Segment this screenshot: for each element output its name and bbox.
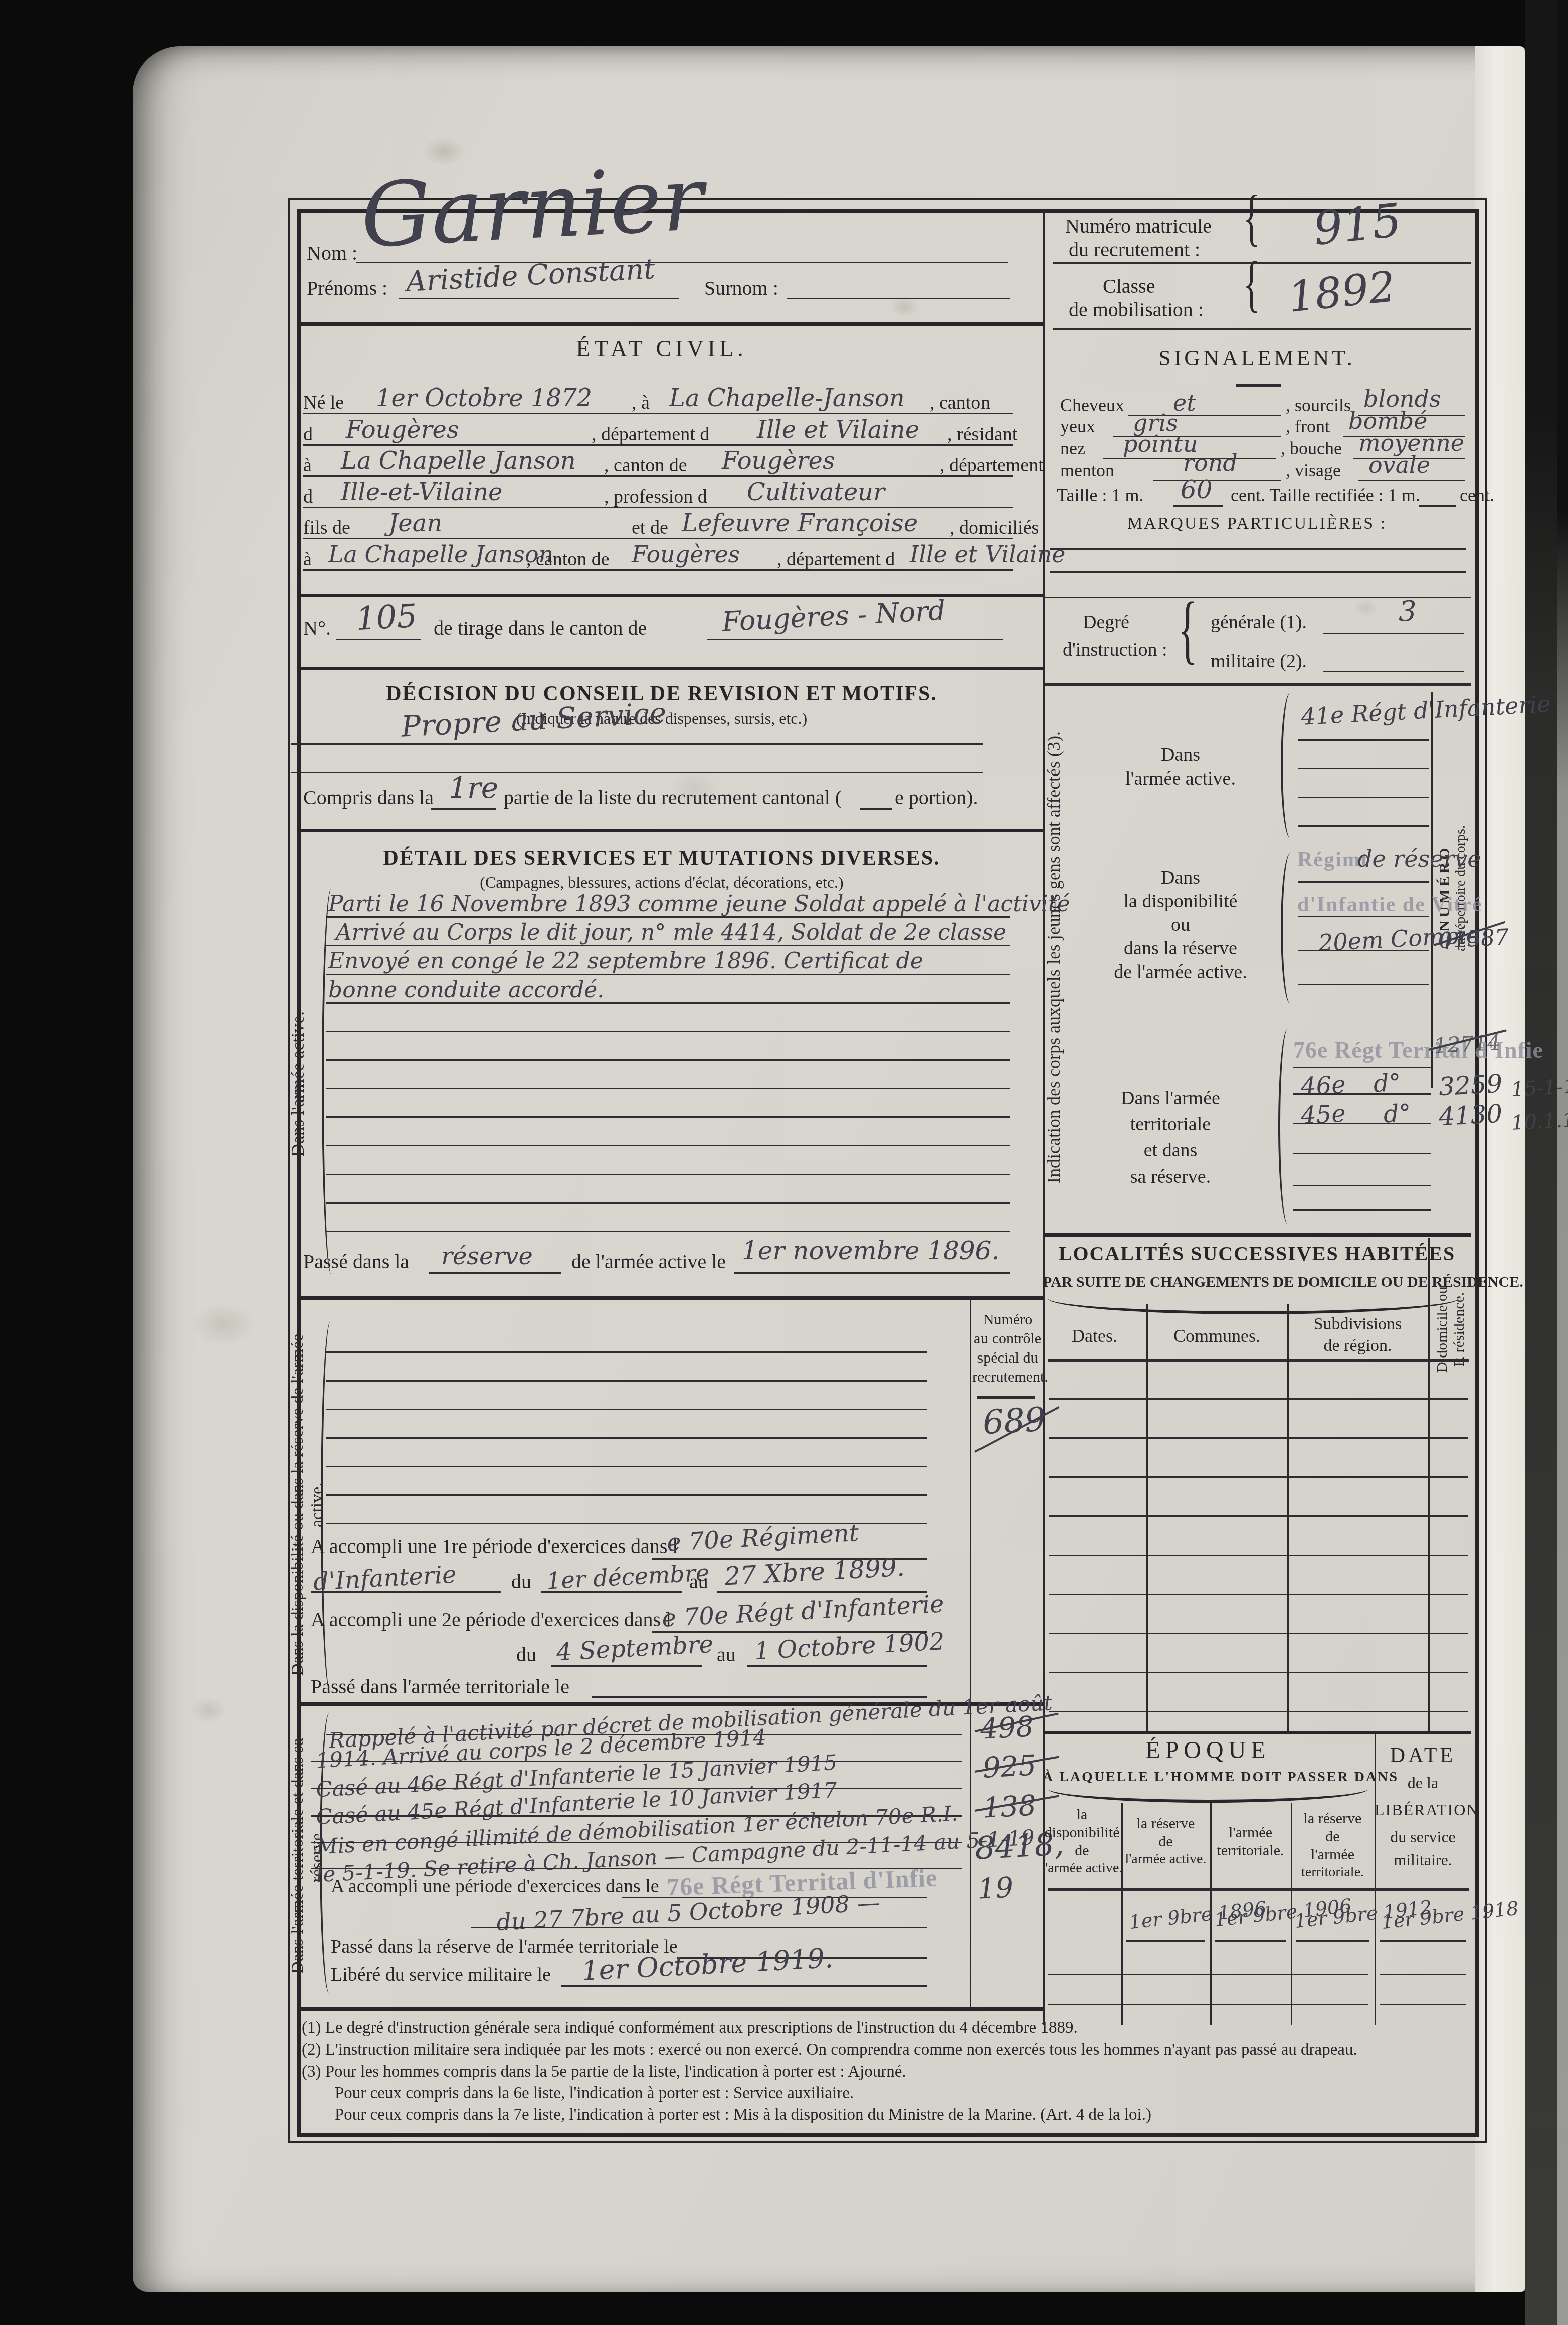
rule-line bbox=[303, 569, 1013, 571]
rule-line bbox=[1293, 1185, 1431, 1186]
rule-line bbox=[336, 639, 421, 640]
periode2-pre: A accompli une 2e période d'exercices da… bbox=[311, 1609, 671, 1630]
brace-curve bbox=[1281, 693, 1300, 838]
terr-46-num: 3259 bbox=[1438, 1071, 1503, 1100]
controle-label3: spécial du bbox=[972, 1350, 1043, 1366]
rule-line bbox=[1323, 671, 1464, 672]
ec-value: La Chapelle Janson bbox=[328, 543, 553, 566]
epoque-date-col: DATE bbox=[1375, 1745, 1471, 1767]
rule-line bbox=[1298, 984, 1429, 985]
rule-line bbox=[1298, 950, 1429, 951]
rule-line bbox=[471, 1927, 927, 1928]
controle-label4: recrutement. bbox=[972, 1369, 1043, 1385]
instruction-label2: d'instruction : bbox=[1063, 640, 1167, 660]
brace-icon: { bbox=[1243, 253, 1260, 316]
epoque-col2: la réserve bbox=[1121, 1816, 1210, 1832]
rule-line bbox=[1380, 1974, 1466, 1975]
rule-line bbox=[429, 1272, 561, 1274]
ec-value: 1er Octobre 1872 bbox=[376, 386, 592, 410]
sig-label: menton bbox=[1060, 461, 1114, 480]
taille-rectifiee-label: cent. Taille rectifiée : 1 m. bbox=[1231, 486, 1420, 505]
instruction-militaire-label: militaire (2). bbox=[1211, 652, 1307, 672]
periode2-du: du bbox=[516, 1644, 536, 1665]
rule-line bbox=[431, 808, 496, 810]
service-entry: bonne conduite accordé. bbox=[328, 979, 604, 1001]
ec-label: à bbox=[303, 550, 312, 570]
corps-terr-label: territoriale bbox=[1083, 1115, 1258, 1135]
rule-line bbox=[1293, 1067, 1431, 1068]
ec-label: d bbox=[303, 487, 313, 507]
compris-pre: Compris dans la bbox=[303, 787, 434, 808]
ec-label: , canton de bbox=[526, 550, 610, 570]
nom-handwritten: Garnier bbox=[359, 155, 706, 261]
adjacent-page-edge bbox=[1557, 0, 1568, 2325]
ec-value: Lefeuvre Françoise bbox=[682, 511, 918, 535]
rule-line bbox=[977, 1396, 1035, 1399]
margin-number: 925 bbox=[982, 1752, 1037, 1783]
rule-line bbox=[551, 1665, 702, 1667]
matricule-value-handwritten: 915 bbox=[1311, 197, 1404, 252]
brace-curve bbox=[1281, 853, 1300, 1004]
ec-value: Cultivateur bbox=[747, 480, 885, 504]
epoque-date-col: LIBÉRATION bbox=[1375, 1802, 1471, 1819]
compris-mid: partie de la liste du recrutement canton… bbox=[504, 787, 842, 808]
ec-value: Fougères bbox=[346, 418, 459, 442]
ec-label: , domiciliés bbox=[950, 518, 1039, 538]
ec-label: d bbox=[303, 425, 313, 445]
epoque-col4: la réserve bbox=[1291, 1811, 1375, 1827]
divider bbox=[1043, 1233, 1471, 1237]
brace-icon: { bbox=[1178, 592, 1197, 668]
ec-label: fils de bbox=[303, 518, 350, 538]
rule-line bbox=[1298, 825, 1429, 827]
sig-label: , front bbox=[1286, 417, 1330, 436]
ec-label: , département d bbox=[777, 550, 895, 570]
tirage-mid: de tirage dans le canton de bbox=[434, 618, 647, 639]
rule-line bbox=[787, 298, 1010, 299]
ec-label: , résidant bbox=[947, 425, 1017, 445]
rule-line bbox=[1293, 1093, 1431, 1095]
epoque-title: ÉPOQUE bbox=[1043, 1738, 1374, 1763]
sig-label: Cheveux bbox=[1060, 396, 1124, 415]
ec-label: , à bbox=[632, 393, 650, 413]
rule-line bbox=[1126, 1940, 1205, 1942]
rule-line bbox=[1296, 1940, 1369, 1942]
military-register-form: Nom : Garnier Prénoms : Aristide Constan… bbox=[281, 186, 1500, 2142]
ec-value: Fougères bbox=[632, 543, 740, 566]
accompli-periode-label: A accompli une période d'exercices dans … bbox=[331, 1877, 659, 1897]
corps-terr-label: Dans l'armée bbox=[1083, 1089, 1258, 1109]
rule-line bbox=[1298, 881, 1429, 883]
epoque-col3: l'armée bbox=[1210, 1825, 1291, 1841]
repertoire-label2: au répertoire du corps. bbox=[1453, 695, 1469, 1081]
epoque-col2: l'armée active. bbox=[1121, 1852, 1210, 1866]
rule-line bbox=[592, 1696, 927, 1698]
sig-value: ovale bbox=[1368, 453, 1430, 476]
epoque-col2: de bbox=[1121, 1834, 1210, 1850]
book-spine-shadow bbox=[1525, 0, 1557, 2325]
corps-side-label: Indication des corps auxquels les jeunes… bbox=[1044, 685, 1075, 1229]
rule-line bbox=[1173, 505, 1223, 507]
matricule-label: Numéro matricule bbox=[1065, 216, 1212, 237]
divider bbox=[297, 1296, 1043, 1300]
rule-line bbox=[326, 974, 1010, 975]
repertoire-col-rule bbox=[1431, 692, 1433, 1088]
sig-label: yeux bbox=[1060, 417, 1095, 436]
rule-line bbox=[1053, 262, 1471, 264]
epoque-date-col: de la bbox=[1375, 1775, 1471, 1792]
rule-line bbox=[1153, 480, 1281, 481]
service-entry: Parti le 16 Novembre 1893 comme jeune So… bbox=[328, 893, 1070, 915]
classe-label2: de mobilisation : bbox=[1069, 299, 1204, 320]
divider bbox=[1043, 1731, 1471, 1734]
ec-value: Jean bbox=[388, 511, 442, 535]
rule-line bbox=[1053, 328, 1471, 330]
ec-label: , canton bbox=[930, 393, 990, 413]
corps-dispo-label: Dans bbox=[1093, 868, 1268, 888]
instruction-generale-label: générale (1). bbox=[1211, 613, 1307, 633]
footnote-1: (1) Le degré d'instruction générale sera… bbox=[302, 2019, 1475, 2037]
rule-line bbox=[1298, 797, 1429, 798]
periode1-au: au bbox=[689, 1571, 708, 1592]
service-entry: Envoyé en congé le 22 septembre 1896. Ce… bbox=[328, 950, 923, 973]
rule-line bbox=[1048, 1974, 1368, 1975]
blank-ruled-lines bbox=[326, 1004, 1010, 1234]
rule-line bbox=[303, 413, 1013, 414]
epoque-header-rule bbox=[1048, 1888, 1469, 1891]
localites-row-lines bbox=[1049, 1361, 1468, 1726]
divider bbox=[297, 829, 1043, 832]
periode1-pre: A accompli une 1re période d'exercices d… bbox=[311, 1536, 678, 1557]
terr-45-date: 10.1.17 bbox=[1511, 1109, 1568, 1133]
services-title: DÉTAIL DES SERVICES ET MUTATIONS DIVERSE… bbox=[281, 847, 1043, 869]
rule-line bbox=[1293, 1209, 1431, 1211]
divider bbox=[297, 2007, 1043, 2011]
ec-value: La Chapelle-Janson bbox=[669, 386, 905, 410]
classe-value-handwritten: 1892 bbox=[1286, 265, 1397, 318]
libere-label: Libéré du service militaire le bbox=[331, 1965, 551, 1985]
matricule-label2: du recrutement : bbox=[1069, 239, 1200, 260]
rule-line bbox=[1323, 633, 1464, 634]
rule-line bbox=[1298, 916, 1429, 917]
terr-46-ditto: d° bbox=[1373, 1071, 1402, 1096]
service-entry: Arrivé au Corps le dit jour, n° mle 4414… bbox=[336, 922, 1006, 944]
divider bbox=[297, 667, 1043, 670]
sig-label: nez bbox=[1060, 439, 1085, 458]
sig-label: , visage bbox=[1286, 461, 1341, 480]
ec-value: Ille et Vilaine bbox=[910, 543, 1066, 566]
passe-reserve-h1: réserve bbox=[441, 1244, 533, 1268]
epoque-col1: disponibilité bbox=[1043, 1825, 1121, 1841]
ec-label: , profession d bbox=[604, 487, 707, 507]
rule-line bbox=[1048, 2004, 1368, 2005]
title-dash bbox=[1236, 384, 1281, 387]
terr-46-date: 15-1-15 bbox=[1511, 1076, 1568, 1100]
rule-line bbox=[291, 743, 983, 745]
corps-terr-label: et dans bbox=[1083, 1141, 1258, 1161]
localites-col-subdiv2: de région. bbox=[1287, 1337, 1428, 1355]
tirage-no-label: N°. bbox=[303, 618, 331, 639]
footnote-2: (2) L'instruction militaire sera indiqué… bbox=[302, 2041, 1475, 2059]
passe-reserve-label: Passé dans la bbox=[303, 1251, 409, 1272]
localites-col-subdiv1: Subdivisions bbox=[1287, 1315, 1428, 1333]
services-subtitle: (Campagnes, blessures, actions d'éclat, … bbox=[281, 874, 1043, 891]
passe-territoriale-label: Passé dans l'armée territoriale le bbox=[311, 1676, 569, 1697]
dispo-hand1: de réserve bbox=[1357, 847, 1481, 870]
epoque-col4: l'armée bbox=[1291, 1847, 1375, 1863]
divider bbox=[297, 322, 1043, 326]
compris-post: e portion). bbox=[895, 787, 978, 808]
corps-dispo-label: de l'armée active. bbox=[1093, 962, 1268, 983]
rule-line bbox=[707, 639, 1003, 640]
ec-label: et de bbox=[632, 518, 668, 538]
footnote-3: (3) Pour les hommes compris dans la 5e p… bbox=[302, 2063, 1475, 2081]
blank-ruled-lines bbox=[326, 1324, 927, 1545]
instruction-generale-value: 3 bbox=[1399, 598, 1417, 626]
passe-reserve-mid: de l'armée active le bbox=[571, 1251, 726, 1272]
ec-label: , département bbox=[940, 456, 1044, 476]
rule-line bbox=[561, 1985, 927, 1987]
marques-label: MARQUES PARTICULIÈRES : bbox=[1043, 515, 1471, 533]
epoque-col4: territoriale. bbox=[1291, 1865, 1375, 1879]
tirage-no-value: 105 bbox=[355, 600, 418, 635]
instruction-label1: Degré bbox=[1083, 613, 1129, 633]
rule-line bbox=[326, 945, 1010, 946]
periode2-au: au bbox=[717, 1644, 736, 1665]
rule-line bbox=[1358, 480, 1465, 481]
localites-col-communes: Communes. bbox=[1146, 1327, 1287, 1346]
taille-cent-label: cent. bbox=[1460, 486, 1494, 505]
epoque-date-col: du service bbox=[1375, 1829, 1471, 1846]
corps-dispo-label: la disponibilité bbox=[1093, 892, 1268, 912]
rule-line bbox=[1050, 571, 1466, 573]
rule-line bbox=[1293, 1153, 1431, 1154]
sig-value: rond bbox=[1183, 451, 1238, 474]
epoque-date-col: militaire. bbox=[1375, 1852, 1471, 1869]
prenoms-label: Prénoms : bbox=[307, 278, 387, 299]
terr-stamp: 76e Régt Territal d'Infie bbox=[1293, 1039, 1543, 1062]
terr-46: 46e bbox=[1300, 1073, 1346, 1099]
footnote-4: Pour ceux compris dans la 6e liste, l'in… bbox=[335, 2085, 1478, 2102]
localites-col-dates: Dates. bbox=[1043, 1327, 1146, 1346]
brace-icon: { bbox=[1243, 186, 1260, 250]
margin-number: 19 bbox=[977, 1874, 1014, 1904]
controle-label1: Numéro bbox=[972, 1312, 1043, 1328]
epoque-col3: territoriale. bbox=[1210, 1843, 1291, 1859]
rule-line bbox=[1298, 739, 1429, 741]
footnote-5: Pour ceux compris dans la 7e liste, l'in… bbox=[335, 2106, 1478, 2124]
rule-line bbox=[1293, 1123, 1431, 1124]
taille-value: 60 bbox=[1181, 477, 1213, 502]
rule-line bbox=[1215, 1940, 1286, 1942]
classe-label: Classe bbox=[1103, 276, 1155, 297]
corps-terr-label: sa réserve. bbox=[1083, 1167, 1258, 1187]
etat-civil-title: ÉTAT CIVIL. bbox=[281, 337, 1043, 361]
localites-title: LOCALITÉS SUCCESSIVES HABITÉES bbox=[1043, 1243, 1471, 1264]
ec-label: , canton de bbox=[604, 456, 687, 476]
corps-active-label1: Dans bbox=[1093, 745, 1268, 765]
localites-subtitle: PAR SUITE DE CHANGEMENTS DE DOMICILE OU … bbox=[1043, 1274, 1471, 1290]
rule-line bbox=[1380, 1940, 1466, 1942]
divider bbox=[1043, 683, 1471, 686]
rule-line bbox=[1419, 505, 1456, 507]
rule-line bbox=[734, 1272, 1010, 1274]
corps-dispo-label: dans la réserve bbox=[1093, 939, 1268, 959]
rule-line bbox=[1380, 2004, 1466, 2005]
rule-line bbox=[1050, 548, 1466, 550]
services-side-label: Dans l'armée active. bbox=[288, 888, 317, 1279]
periode1-hand2: d'Infanterie bbox=[313, 1563, 457, 1594]
dispo-stamp2: d'Infantie de Vitré bbox=[1297, 894, 1482, 915]
epoque-subt: À LAQUELLE L'HOMME DOIT PASSER DANS bbox=[1043, 1770, 1374, 1784]
ec-label: Né le bbox=[303, 393, 344, 413]
controle-value: 689 bbox=[982, 1403, 1046, 1440]
rule-line bbox=[291, 772, 983, 773]
margin-col-rule bbox=[970, 1702, 971, 2007]
epoque-col1: de bbox=[1043, 1843, 1121, 1859]
ec-label: , département d bbox=[592, 425, 709, 445]
compris-value: 1re bbox=[449, 773, 498, 802]
rule-line bbox=[311, 1591, 501, 1593]
ec-value: Ille et Vilaine bbox=[757, 418, 919, 442]
ec-value: Ille-et-Vilaine bbox=[341, 480, 503, 504]
rule-line bbox=[326, 916, 1010, 918]
rule-line bbox=[399, 298, 679, 299]
repertoire-label1: NUMÉRO bbox=[1436, 695, 1453, 1081]
rule-line bbox=[541, 1591, 682, 1593]
corps-active-label2: l'armée active. bbox=[1093, 769, 1268, 789]
surnom-label: Surnom : bbox=[704, 278, 778, 299]
epoque-col1: l'armée active. bbox=[1041, 1861, 1123, 1875]
nom-label: Nom : bbox=[307, 243, 357, 264]
terr-45-num: 4130 bbox=[1438, 1101, 1503, 1130]
rule-line bbox=[1298, 768, 1429, 769]
ec-label: à bbox=[303, 456, 312, 476]
passe-reserve-h2: 1er novembre 1896. bbox=[742, 1238, 999, 1263]
epoque-col4: de bbox=[1291, 1829, 1375, 1845]
corps-dispo-label: ou bbox=[1093, 915, 1268, 935]
ec-value: La Chapelle Janson bbox=[341, 449, 576, 473]
periode1-du: du bbox=[511, 1571, 531, 1592]
controle-label2: au contrôle bbox=[972, 1331, 1043, 1347]
epoque-col1: la bbox=[1043, 1807, 1121, 1823]
terr-num: 12714 bbox=[1433, 1032, 1501, 1057]
taille-label: Taille : 1 m. bbox=[1057, 486, 1143, 505]
sig-label: , bouche bbox=[1281, 439, 1342, 458]
rule-line bbox=[860, 808, 892, 810]
signalement-title: SIGNALEMENT. bbox=[1043, 347, 1471, 370]
rule-line bbox=[747, 1665, 927, 1667]
ec-value: Fougères bbox=[722, 449, 835, 473]
sig-label: , sourcils bbox=[1286, 396, 1351, 415]
